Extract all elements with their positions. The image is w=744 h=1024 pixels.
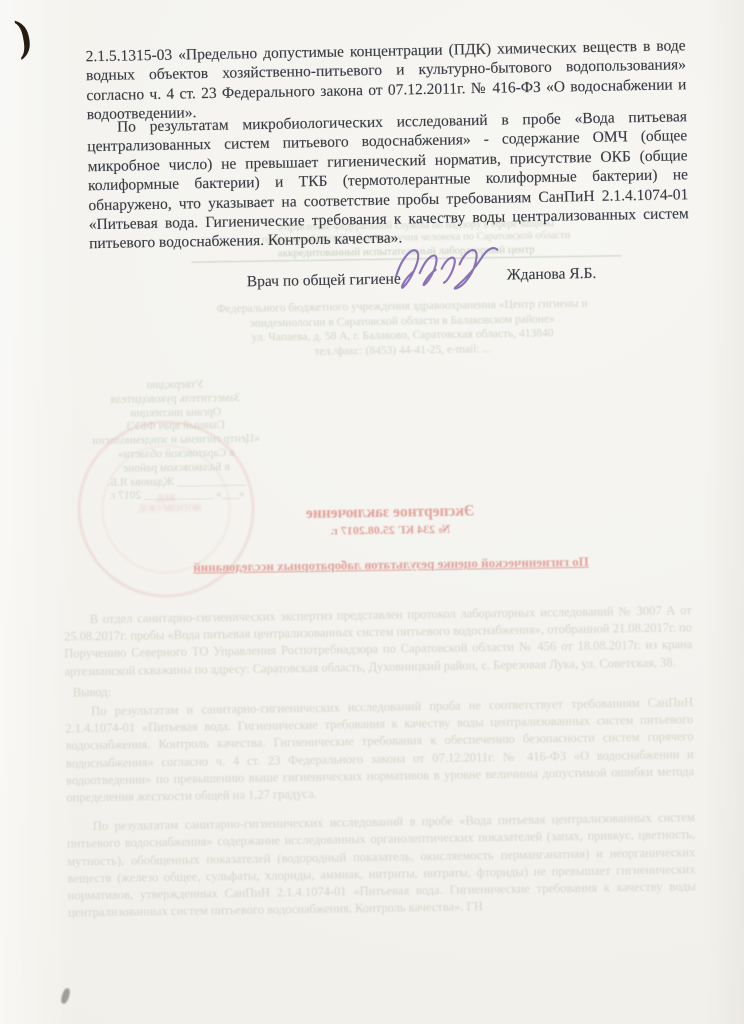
signatory-name: Жданова Я.Б.: [507, 265, 597, 285]
handwritten-signature: [389, 236, 508, 300]
scanned-document-page: ) Управление Федеральной службы по надзо…: [0, 0, 744, 1024]
signatory-title: Врач по общей гигиене: [247, 270, 401, 291]
document-text-layer: 2.1.5.1315-03 «Предельно допустимые конц…: [0, 0, 744, 1024]
paragraph-microbiology-results: По результатам микробиологических исслед…: [87, 107, 689, 254]
